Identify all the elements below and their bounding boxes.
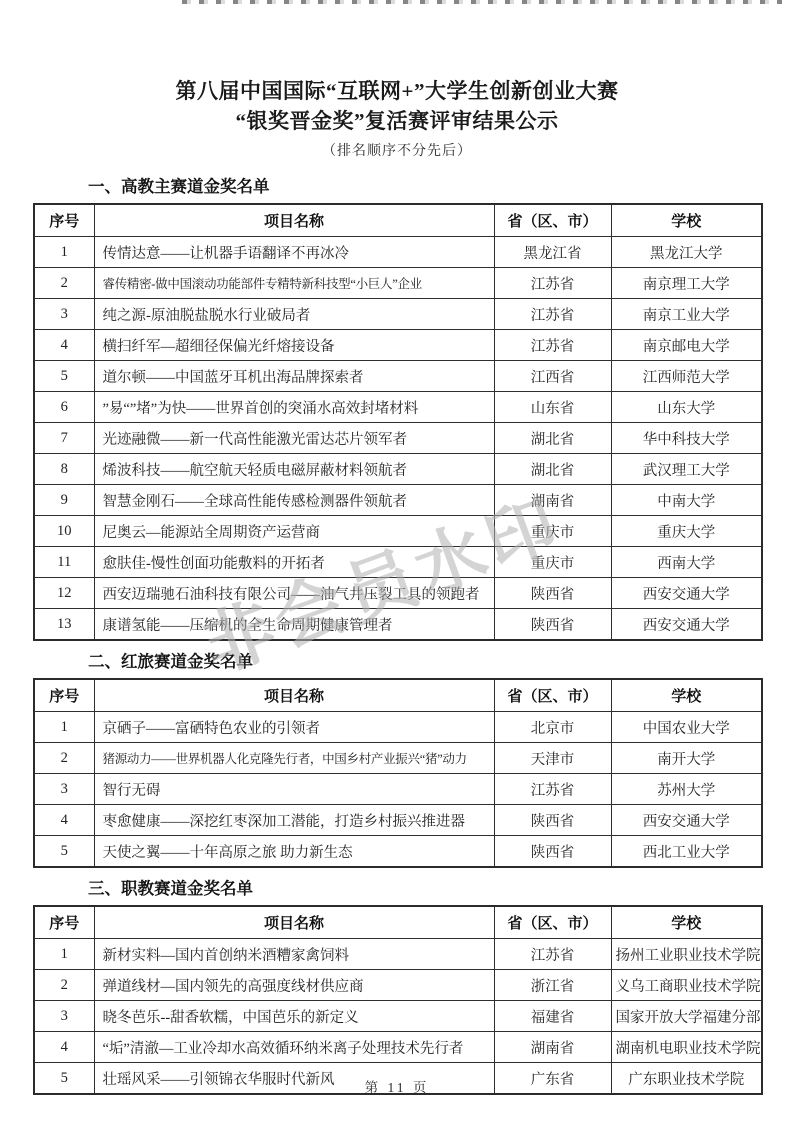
table-row: 7光迹融微——新一代高性能激光雷达芯片领军者湖北省华中科技大学 bbox=[34, 423, 762, 454]
school: 西南大学 bbox=[611, 547, 762, 578]
project-name: 光迹融微——新一代高性能激光雷达芯片领军者 bbox=[94, 423, 494, 454]
school: 南京工业大学 bbox=[611, 299, 762, 330]
row-number: 2 bbox=[34, 970, 94, 1001]
project-name: 西安迈瑞驰石油科技有限公司——油气井压裂工具的领跑者 bbox=[94, 578, 494, 609]
project-name: 烯波科技——航空航天轻质电磁屏蔽材料领航者 bbox=[94, 454, 494, 485]
province: 重庆市 bbox=[494, 516, 611, 547]
row-number: 2 bbox=[34, 268, 94, 299]
school: 中南大学 bbox=[611, 485, 762, 516]
project-name: 智慧金刚石——全球高性能传感检测器件领航者 bbox=[94, 485, 494, 516]
row-number: 10 bbox=[34, 516, 94, 547]
row-number: 4 bbox=[34, 330, 94, 361]
title-line-1: 第八届中国国际“互联网+”大学生创新创业大赛 bbox=[176, 79, 619, 103]
table-row: 2猪源动力——世界机器人化克隆先行者，中国乡村产业振兴“猪”动力天津市南开大学 bbox=[34, 743, 762, 774]
province: 湖北省 bbox=[494, 454, 611, 485]
table-row: 1新材实料—国内首创纳米酒糟家禽饲料江苏省扬州工业职业技术学院 bbox=[34, 939, 762, 970]
province: 陕西省 bbox=[494, 805, 611, 836]
school: 武汉理工大学 bbox=[611, 454, 762, 485]
project-name: 天使之翼——十年高原之旅 助力新生态 bbox=[94, 836, 494, 868]
project-name: 京硒子——富硒特色农业的引领者 bbox=[94, 712, 494, 743]
table-row: 2弹道线材—国内领先的高强度线材供应商浙江省义乌工商职业技术学院 bbox=[34, 970, 762, 1001]
province: 湖北省 bbox=[494, 423, 611, 454]
section-heading-vocational: 三、职教赛道金奖名单 bbox=[33, 878, 761, 900]
school: 湖南机电职业技术学院 bbox=[611, 1032, 762, 1063]
project-name: 纯之源-原油脱盐脱水行业破局者 bbox=[94, 299, 494, 330]
province: 山东省 bbox=[494, 392, 611, 423]
section-heading-higher-ed: 一、高教主赛道金奖名单 bbox=[33, 176, 761, 198]
project-name: ”易“”堵”为快——世界首创的突涌水高效封堵材料 bbox=[94, 392, 494, 423]
school: 山东大学 bbox=[611, 392, 762, 423]
column-header-province: 省（区、市） bbox=[494, 906, 611, 939]
row-number: 13 bbox=[34, 609, 94, 641]
row-number: 9 bbox=[34, 485, 94, 516]
school: 西北工业大学 bbox=[611, 836, 762, 868]
project-name: 晓冬芭乐--甜香软糯，中国芭乐的新定义 bbox=[94, 1001, 494, 1032]
document-body: 一、高教主赛道金奖名单 序号 项目名称 省（区、市） 学校 1传情达意——让机器… bbox=[33, 176, 761, 1095]
project-name: 愈肤佳-慢性创面功能敷料的开拓者 bbox=[94, 547, 494, 578]
table-row: 2睿传精密-做中国滚动功能部件专精特新科技型“小巨人”企业江苏省南京理工大学 bbox=[34, 268, 762, 299]
row-number: 12 bbox=[34, 578, 94, 609]
school: 苏州大学 bbox=[611, 774, 762, 805]
document-page: 非会员水印 第八届中国国际“互联网+”大学生创新创业大赛“银奖晋金奖”复活赛评审… bbox=[0, 0, 794, 1123]
table-row: 11愈肤佳-慢性创面功能敷料的开拓者重庆市西南大学 bbox=[34, 547, 762, 578]
table-row: 5道尔顿——中国蓝牙耳机出海品牌探索者江西省江西师范大学 bbox=[34, 361, 762, 392]
province: 浙江省 bbox=[494, 970, 611, 1001]
school: 江西师范大学 bbox=[611, 361, 762, 392]
project-name: 横扫纤军—超细径保偏光纤熔接设备 bbox=[94, 330, 494, 361]
scan-edge-artifact bbox=[182, 0, 782, 4]
column-header-school: 学校 bbox=[611, 906, 762, 939]
school: 中国农业大学 bbox=[611, 712, 762, 743]
table-row: 6”易“”堵”为快——世界首创的突涌水高效封堵材料山东省山东大学 bbox=[34, 392, 762, 423]
row-number: 3 bbox=[34, 1001, 94, 1032]
project-name: 尼奥云—能源站全周期资产运营商 bbox=[94, 516, 494, 547]
province: 陕西省 bbox=[494, 609, 611, 641]
table-row: 9智慧金刚石——全球高性能传感检测器件领航者湖南省中南大学 bbox=[34, 485, 762, 516]
row-number: 4 bbox=[34, 805, 94, 836]
project-name: 枣愈健康——深挖红枣深加工潜能，打造乡村振兴推进器 bbox=[94, 805, 494, 836]
table-row: 3纯之源-原油脱盐脱水行业破局者江苏省南京工业大学 bbox=[34, 299, 762, 330]
table-row: 4“垢”清澈—工业冷却水高效循环纳米离子处理技术先行者湖南省湖南机电职业技术学院 bbox=[34, 1032, 762, 1063]
project-name: 智行无碍 bbox=[94, 774, 494, 805]
column-header-no: 序号 bbox=[34, 906, 94, 939]
row-number: 2 bbox=[34, 743, 94, 774]
column-header-province: 省（区、市） bbox=[494, 679, 611, 712]
school: 西安交通大学 bbox=[611, 578, 762, 609]
row-number: 5 bbox=[34, 361, 94, 392]
row-number: 3 bbox=[34, 299, 94, 330]
project-name: 猪源动力——世界机器人化克隆先行者，中国乡村产业振兴“猪”动力 bbox=[94, 743, 494, 774]
province: 江西省 bbox=[494, 361, 611, 392]
column-header-no: 序号 bbox=[34, 204, 94, 237]
table-row: 8烯波科技——航空航天轻质电磁屏蔽材料领航者湖北省武汉理工大学 bbox=[34, 454, 762, 485]
table-header-row: 序号 项目名称 省（区、市） 学校 bbox=[34, 679, 762, 712]
province: 湖南省 bbox=[494, 1032, 611, 1063]
school: 重庆大学 bbox=[611, 516, 762, 547]
table-row: 4枣愈健康——深挖红枣深加工潜能，打造乡村振兴推进器陕西省西安交通大学 bbox=[34, 805, 762, 836]
table-row: 3晓冬芭乐--甜香软糯，中国芭乐的新定义福建省国家开放大学福建分部 bbox=[34, 1001, 762, 1032]
province: 重庆市 bbox=[494, 547, 611, 578]
table-row: 12西安迈瑞驰石油科技有限公司——油气井压裂工具的领跑者陕西省西安交通大学 bbox=[34, 578, 762, 609]
school: 西安交通大学 bbox=[611, 805, 762, 836]
column-header-school: 学校 bbox=[611, 204, 762, 237]
column-header-project: 项目名称 bbox=[94, 679, 494, 712]
project-name: 睿传精密-做中国滚动功能部件专精特新科技型“小巨人”企业 bbox=[94, 268, 494, 299]
column-header-school: 学校 bbox=[611, 679, 762, 712]
province: 江苏省 bbox=[494, 939, 611, 970]
row-number: 1 bbox=[34, 237, 94, 268]
row-number: 5 bbox=[34, 836, 94, 868]
section-heading-red-tourism: 二、红旅赛道金奖名单 bbox=[33, 651, 761, 673]
column-header-project: 项目名称 bbox=[94, 204, 494, 237]
school: 南京理工大学 bbox=[611, 268, 762, 299]
document-title: 第八届中国国际“互联网+”大学生创新创业大赛“银奖晋金奖”复活赛评审结果公示 bbox=[0, 76, 794, 136]
column-header-project: 项目名称 bbox=[94, 906, 494, 939]
higher-ed-gold-table: 序号 项目名称 省（区、市） 学校 1传情达意——让机器手语翻译不再冰冷黑龙江省… bbox=[33, 203, 763, 641]
project-name: 道尔顿——中国蓝牙耳机出海品牌探索者 bbox=[94, 361, 494, 392]
row-number: 6 bbox=[34, 392, 94, 423]
province: 陕西省 bbox=[494, 836, 611, 868]
table-header-row: 序号 项目名称 省（区、市） 学校 bbox=[34, 204, 762, 237]
project-name: 弹道线材—国内领先的高强度线材供应商 bbox=[94, 970, 494, 1001]
school: 南京邮电大学 bbox=[611, 330, 762, 361]
table-row: 5天使之翼——十年高原之旅 助力新生态陕西省西北工业大学 bbox=[34, 836, 762, 868]
school: 国家开放大学福建分部 bbox=[611, 1001, 762, 1032]
school: 黑龙江大学 bbox=[611, 237, 762, 268]
project-name: 新材实料—国内首创纳米酒糟家禽饲料 bbox=[94, 939, 494, 970]
school: 扬州工业职业技术学院 bbox=[611, 939, 762, 970]
province: 北京市 bbox=[494, 712, 611, 743]
province: 黑龙江省 bbox=[494, 237, 611, 268]
province: 江苏省 bbox=[494, 330, 611, 361]
table-row: 3智行无碍江苏省苏州大学 bbox=[34, 774, 762, 805]
vocational-gold-table: 序号 项目名称 省（区、市） 学校 1新材实料—国内首创纳米酒糟家禽饲料江苏省扬… bbox=[33, 905, 763, 1095]
province: 江苏省 bbox=[494, 268, 611, 299]
row-number: 1 bbox=[34, 939, 94, 970]
row-number: 1 bbox=[34, 712, 94, 743]
project-name: 康谱氢能——压缩机的全生命周期健康管理者 bbox=[94, 609, 494, 641]
row-number: 3 bbox=[34, 774, 94, 805]
row-number: 7 bbox=[34, 423, 94, 454]
province: 湖南省 bbox=[494, 485, 611, 516]
project-name: 传情达意——让机器手语翻译不再冰冷 bbox=[94, 237, 494, 268]
project-name: “垢”清澈—工业冷却水高效循环纳米离子处理技术先行者 bbox=[94, 1032, 494, 1063]
column-header-no: 序号 bbox=[34, 679, 94, 712]
province: 江苏省 bbox=[494, 774, 611, 805]
province: 陕西省 bbox=[494, 578, 611, 609]
province: 天津市 bbox=[494, 743, 611, 774]
table-row: 4横扫纤军—超细径保偏光纤熔接设备江苏省南京邮电大学 bbox=[34, 330, 762, 361]
red-tourism-gold-table: 序号 项目名称 省（区、市） 学校 1京硒子——富硒特色农业的引领者北京市中国农… bbox=[33, 678, 763, 868]
column-header-province: 省（区、市） bbox=[494, 204, 611, 237]
province: 福建省 bbox=[494, 1001, 611, 1032]
school: 义乌工商职业技术学院 bbox=[611, 970, 762, 1001]
school: 华中科技大学 bbox=[611, 423, 762, 454]
table-row: 13康谱氢能——压缩机的全生命周期健康管理者陕西省西安交通大学 bbox=[34, 609, 762, 641]
province: 江苏省 bbox=[494, 299, 611, 330]
page-number: 第 11 页 bbox=[0, 1076, 794, 1096]
table-header-row: 序号 项目名称 省（区、市） 学校 bbox=[34, 906, 762, 939]
row-number: 11 bbox=[34, 547, 94, 578]
document-subtitle: （排名顺序不分先后） bbox=[0, 140, 794, 160]
school: 西安交通大学 bbox=[611, 609, 762, 641]
table-row: 1传情达意——让机器手语翻译不再冰冷黑龙江省黑龙江大学 bbox=[34, 237, 762, 268]
row-number: 8 bbox=[34, 454, 94, 485]
title-line-2: “银奖晋金奖”复活赛评审结果公示 bbox=[236, 109, 559, 133]
table-row: 1京硒子——富硒特色农业的引领者北京市中国农业大学 bbox=[34, 712, 762, 743]
school: 南开大学 bbox=[611, 743, 762, 774]
row-number: 4 bbox=[34, 1032, 94, 1063]
table-row: 10尼奥云—能源站全周期资产运营商重庆市重庆大学 bbox=[34, 516, 762, 547]
